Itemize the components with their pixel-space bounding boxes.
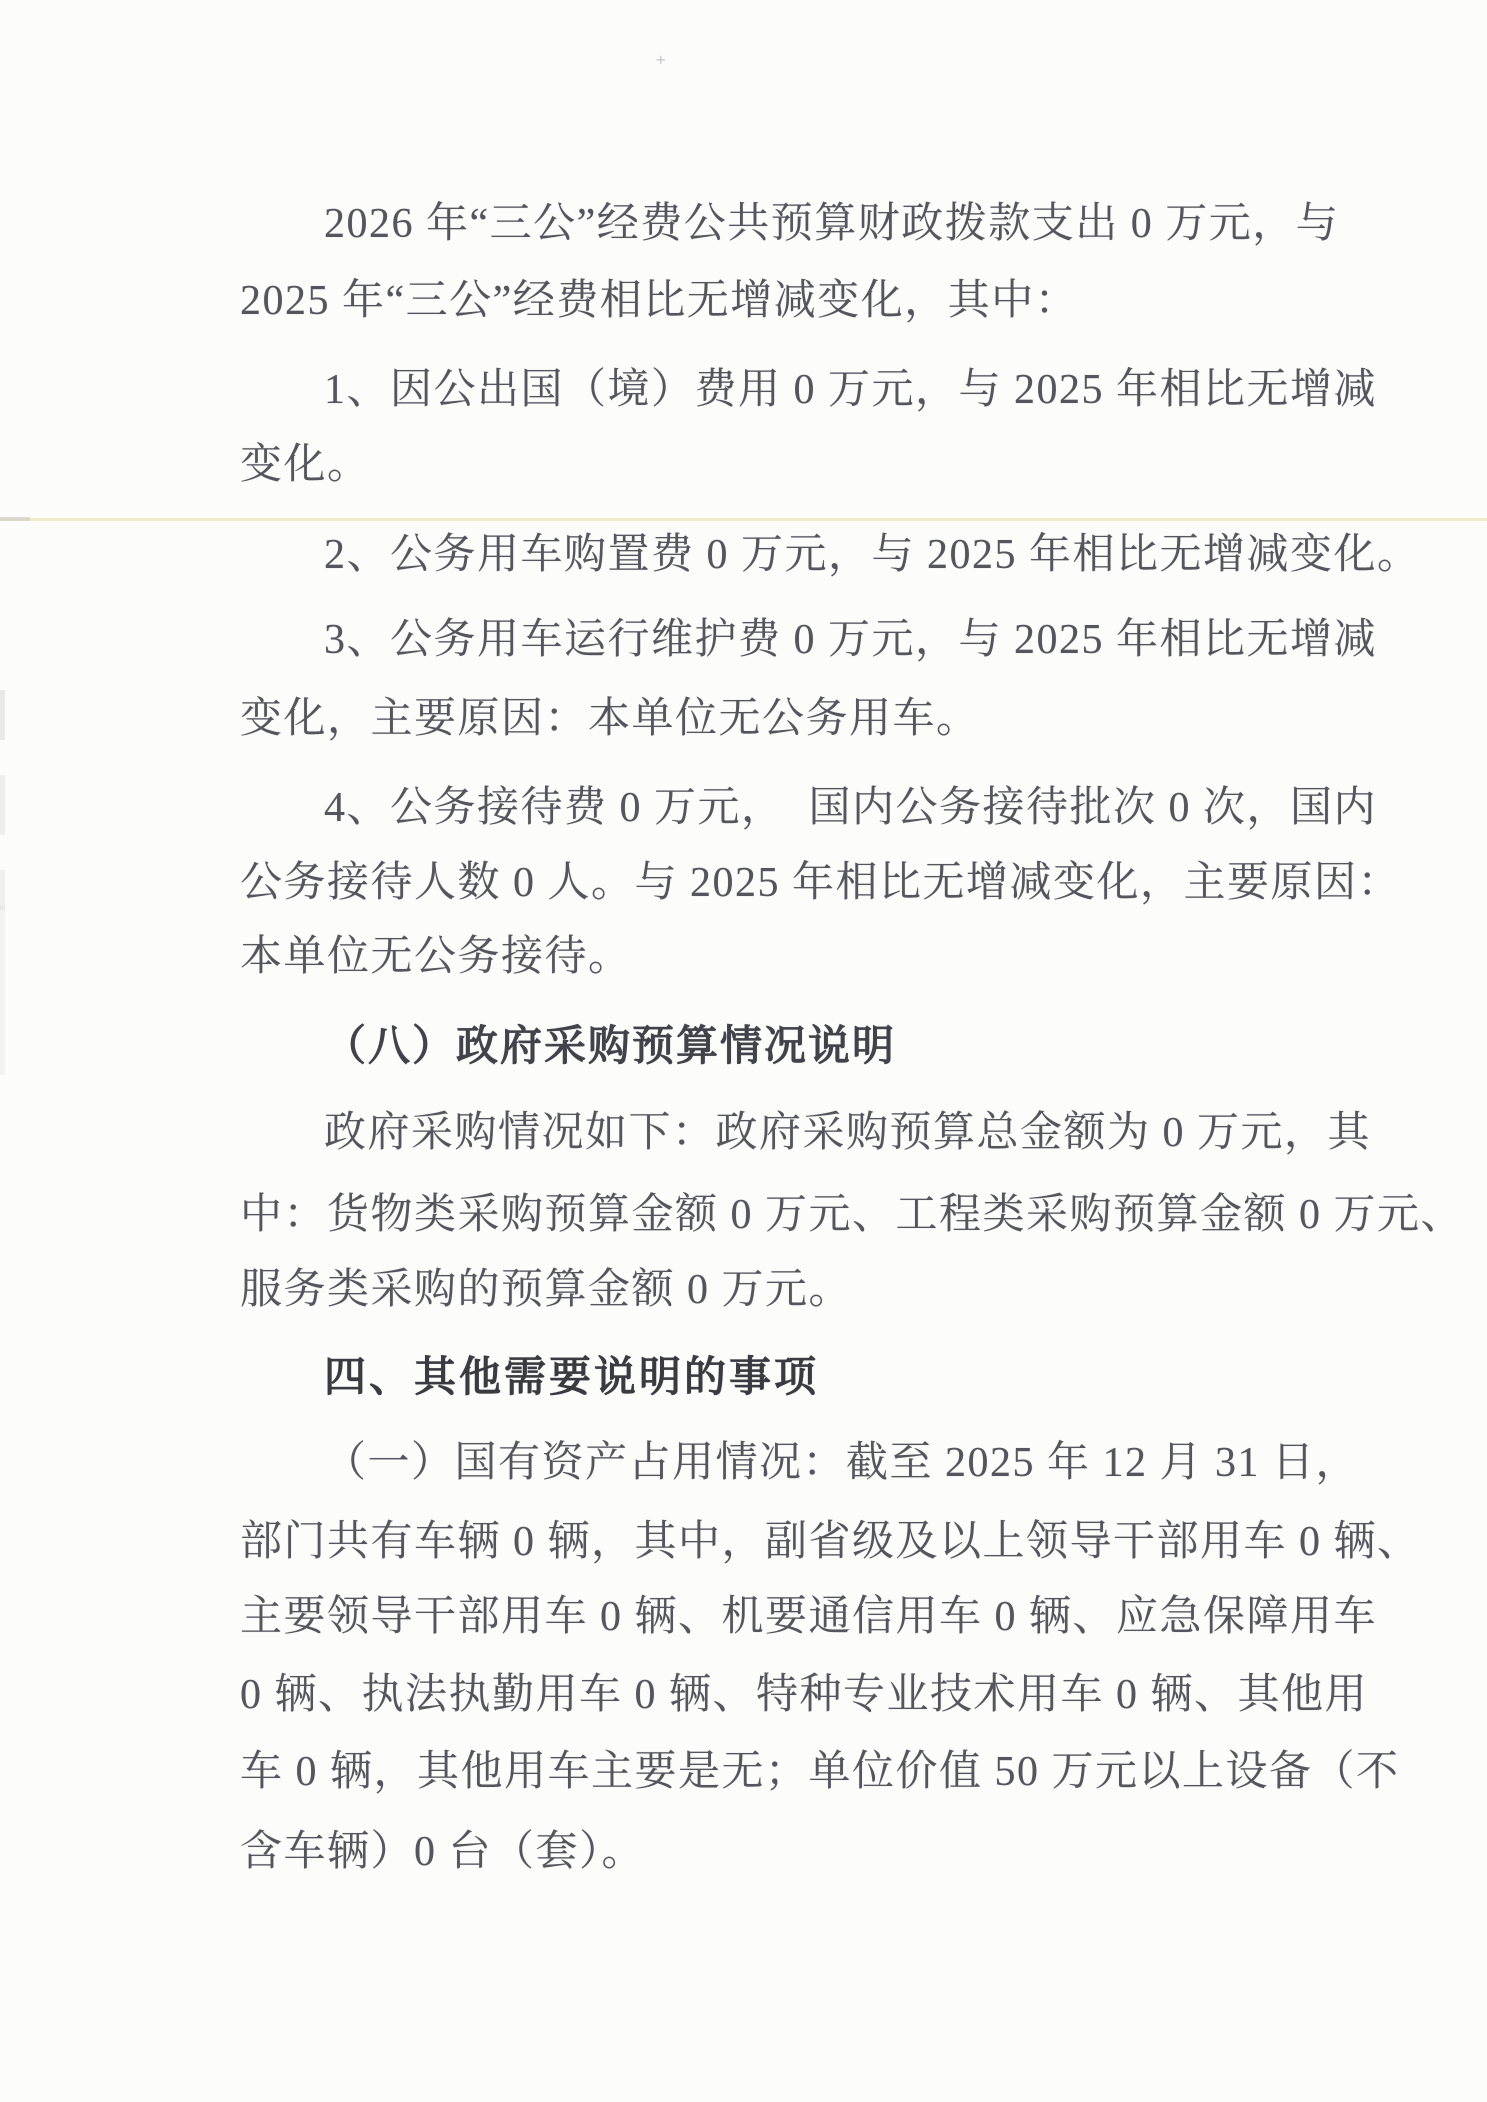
para-state-assets-line4: 0 辆、执法执勤用车 0 辆、特种专业技术用车 0 辆、其他用 [240, 1672, 1368, 1718]
scan-speck-artifact: + [656, 50, 666, 69]
heading-section8-procurement: （八）政府采购预算情况说明 [324, 1024, 896, 1070]
para-item4-line2: 公务接待人数 0 人。与 2025 年相比无增减变化，主要原因： [240, 860, 1401, 906]
para-item4-line3: 本单位无公务接待。 [240, 934, 632, 980]
para-item2-line1: 2、公务用车购置费 0 万元，与 2025 年相比无增减变化。 [324, 532, 1421, 578]
para-state-assets-line6: 含车辆）0 台（套）。 [240, 1829, 645, 1875]
scan-edge-smudge [0, 775, 5, 835]
para-item1-line2: 变化。 [240, 442, 371, 488]
scan-edge-smudge [0, 690, 5, 740]
para-procurement-line2: 中：货物类采购预算金额 0 万元、工程类采购预算金额 0 万元、 [240, 1192, 1464, 1238]
para-sangong-summary-line2: 2025 年“三公”经费相比无增减变化，其中： [240, 278, 1078, 324]
para-item3-line1: 3、公务用车运行维护费 0 万元，与 2025 年相比无增减 [324, 617, 1377, 663]
scan-edge-smudge [0, 905, 5, 1075]
para-item3-line2: 变化，主要原因：本单位无公务用车。 [240, 696, 980, 742]
para-item4-line1: 4、公务接待费 0 万元， 国内公务接待批次 0 次，国内 [324, 785, 1377, 831]
para-sangong-summary-line1: 2026 年“三公”经费公共预算财政拨款支出 0 万元，与 [324, 201, 1339, 247]
para-state-assets-line5: 车 0 辆，其他用车主要是无；单位价值 50 万元以上设备（不 [240, 1749, 1400, 1795]
scan-fold-divider-edge [0, 517, 30, 521]
para-state-assets-line1: （一）国有资产占用情况：截至 2025 年 12 月 31 日， [324, 1440, 1359, 1486]
document-page: + 2026 年“三公”经费公共预算财政拨款支出 0 万元，与 2025 年“三… [0, 0, 1487, 2102]
para-state-assets-line2: 部门共有车辆 0 辆，其中，副省级及以上领导干部用车 0 辆、 [240, 1519, 1421, 1565]
para-procurement-line1: 政府采购情况如下：政府采购预算总金额为 0 万元，其 [324, 1110, 1371, 1156]
para-item1-line1: 1、因公出国（境）费用 0 万元，与 2025 年相比无增减 [324, 367, 1377, 413]
para-state-assets-line3: 主要领导干部用车 0 辆、机要通信用车 0 辆、应急保障用车 [240, 1594, 1377, 1640]
scan-edge-smudge [0, 870, 5, 910]
scan-fold-divider [0, 518, 1487, 521]
para-procurement-line3: 服务类采购的预算金额 0 万元。 [240, 1267, 852, 1313]
heading-section4-other-matters: 四、其他需要说明的事项 [324, 1354, 819, 1400]
